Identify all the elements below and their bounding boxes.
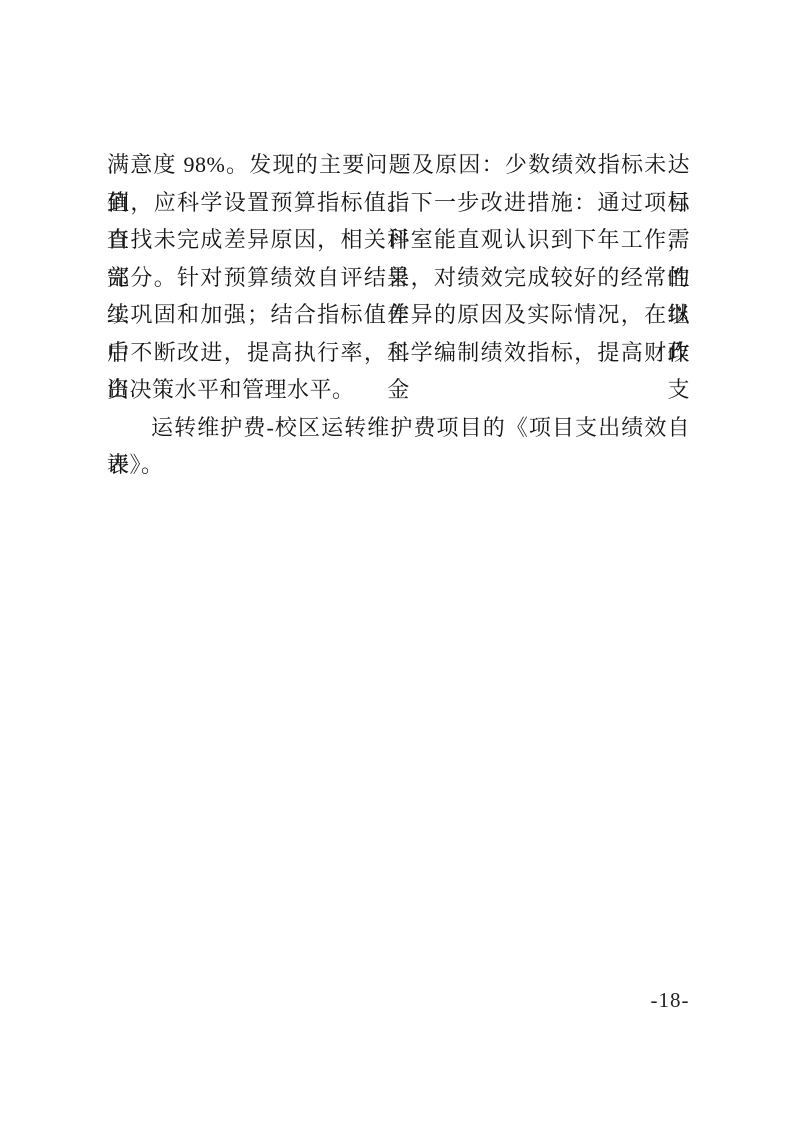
page-number: -18- bbox=[640, 988, 700, 1013]
body-text: 满意度 98%。发现的主要问题及原因：少数绩效指标未达到指标 值，应科学设置预算… bbox=[107, 146, 690, 484]
document-page: 满意度 98%。发现的主要问题及原因：少数绩效指标未达到指标 值，应科学设置预算… bbox=[0, 0, 793, 1122]
text-line: 中不断改进，提高执行率，科学编制绩效指标，提高财政资金支 bbox=[107, 334, 690, 372]
text-line: 运转维护费-校区运转维护费项目的《项目支出绩效自评 bbox=[107, 409, 690, 447]
text-line: 表》。 bbox=[107, 446, 690, 484]
text-line: 满意度 98%。发现的主要问题及原因：少数绩效指标未达到指标 bbox=[107, 146, 690, 184]
text-line: 查找未完成差异原因，相关科室能直观认识到下年工作需完善的 bbox=[107, 221, 690, 259]
text-line: 部分。针对预算绩效自评结果，对绩效完成较好的经常性工作继 bbox=[107, 259, 690, 297]
text-line: 续巩固和加强；结合指标值差异的原因及实际情况，在以后工作 bbox=[107, 296, 690, 334]
text-line: 值，应科学设置预算指标值。下一步改进措施：通过项目自评， bbox=[107, 184, 690, 222]
